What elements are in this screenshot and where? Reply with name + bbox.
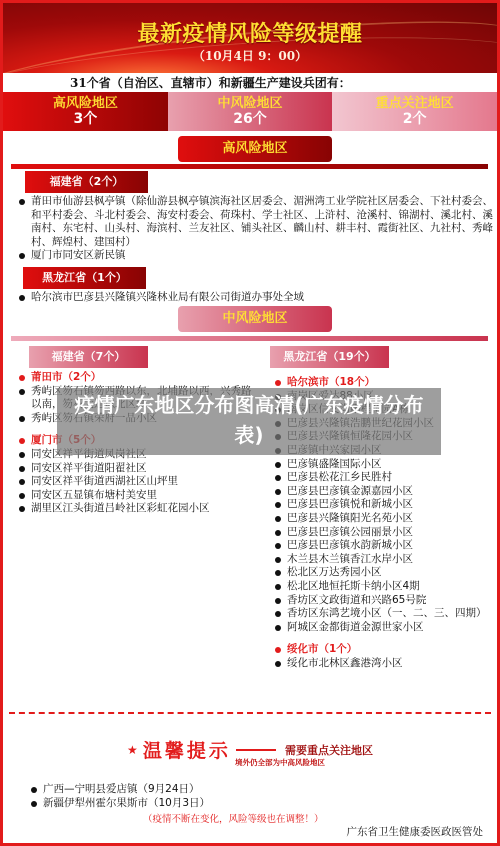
stat-label: 中风险地区 (168, 96, 333, 111)
tips-subtitle: 需要重点关注地区 (285, 744, 373, 757)
list-item: 巴彦县松花江乡民胜村 (273, 471, 488, 485)
list-item: 新疆伊犁州霍尔果斯市（10月3日） (29, 797, 429, 811)
list-item: 巴彦县巴彦镇悦和新城小区 (273, 498, 488, 512)
list-item: 同安区五显镇布塘村美安里 (17, 489, 257, 503)
dashed-divider (9, 712, 491, 714)
list-item: 松北区万达秀园小区 (273, 566, 488, 580)
list-item: 木兰县木兰镇香江水岸小区 (273, 553, 488, 567)
list-item: 厦门市同安区新民镇 (17, 249, 493, 263)
high-risk-list-fujian: 莆田市仙游县枫亭镇（除仙游县枫亭镇滨海社区居委会、湄洲湾工业学院社区居委会、下社… (17, 195, 493, 263)
province-tag-heilongjiang-mid: 黑龙江省（19个） (270, 346, 389, 368)
list-item: 香坊区文政街道和兴路65号院 (273, 594, 488, 608)
risk-summary: 高风险地区 3个 中风险地区 26个 重点关注地区 2个 (3, 92, 497, 131)
stat-label: 高风险地区 (3, 96, 168, 111)
section-title-mid-risk: 中风险地区 (178, 306, 332, 332)
warning-text: （疫情不断在变化，风险等级也在调整！） (143, 811, 324, 825)
list-item: 巴彦县兴隆镇阳光名苑小区 (273, 512, 488, 526)
stat-focus-area: 重点关注地区 2个 (332, 92, 497, 131)
list-item: 莆田市仙游县枫亭镇（除仙游县枫亭镇滨海社区居委会、湄洲湾工业学院社区居委会、下社… (17, 195, 493, 249)
intro-text: 31个省（自治区、直辖市）和新疆生产建设兵团有： (3, 74, 497, 92)
list-item: 哈尔滨市巴彦县兴隆镇兴隆林业局有限公司街道办事处全域 (17, 291, 493, 305)
province-tag-heilongjiang-high: 黑龙江省（1个） (23, 267, 146, 289)
star-icon: ★ (127, 743, 138, 757)
tips-rule (236, 749, 276, 751)
list-item: 同安区祥平街道阳翟社区 (17, 462, 257, 476)
list-item: 巴彦镇盛隆国际小区 (273, 458, 488, 472)
high-risk-list-heilongjiang: 哈尔滨市巴彦县兴隆镇兴隆林业局有限公司街道办事处全域 (17, 291, 493, 305)
city-heading: 绥化市（1个） (273, 643, 488, 657)
list-item: 巴彦县巴彦镇水韵新城小区 (273, 539, 488, 553)
header-banner: 最新疫情风险等级提醒 （10月4日 9：00） (3, 3, 497, 73)
list-item: 广西—宁明县爱店镇（9月24日） (29, 783, 429, 797)
list-item: 同安区祥平街道西湖社区山坪里 (17, 475, 257, 489)
city-heading: 莆田市（2个） (17, 371, 257, 385)
list-item: 巴彦县巴彦镇金源嘉园小区 (273, 485, 488, 499)
section-divider (11, 336, 488, 341)
stat-value: 2个 (332, 111, 497, 128)
caption-text: 疫情广东地区分布图高清(广东疫情分布表) (57, 390, 441, 450)
section-divider (11, 164, 488, 169)
stat-value: 26个 (168, 111, 333, 128)
list-item: 湖里区江头街道吕岭社区彩虹花园小区 (17, 502, 257, 516)
stat-label: 重点关注地区 (332, 96, 497, 111)
list-item: 绥化市北林区鑫港湾小区 (273, 657, 488, 671)
list-item: 巴彦县巴彦镇公园丽景小区 (273, 526, 488, 540)
update-time: （10月4日 9：00） (3, 47, 497, 64)
list-item: 松北区地恒托斯卡纳小区4期 (273, 580, 488, 594)
province-tag-fujian-high: 福建省（2个） (25, 171, 148, 193)
issuer-signature: 广东省卫生健康委医政医管处 (347, 824, 484, 839)
stat-value: 3个 (3, 111, 168, 128)
list-item: 阿城区金都街道金源世家小区 (273, 621, 488, 635)
section-title-high-risk: 高风险地区 (178, 136, 332, 162)
province-tag-fujian-mid: 福建省（7个） (29, 346, 148, 368)
page-title: 最新疫情风险等级提醒 (3, 17, 497, 48)
list-item: 香坊区东鸿艺境小区（一、二、三、四期） (273, 607, 488, 621)
focus-area-list: 广西—宁明县爱店镇（9月24日） 新疆伊犁州霍尔果斯市（10月3日） (29, 783, 429, 810)
stat-mid-risk: 中风险地区 26个 (168, 92, 333, 131)
tips-note: 境外仍全部为中高风险地区 (3, 757, 497, 768)
stat-high-risk: 高风险地区 3个 (3, 92, 168, 131)
